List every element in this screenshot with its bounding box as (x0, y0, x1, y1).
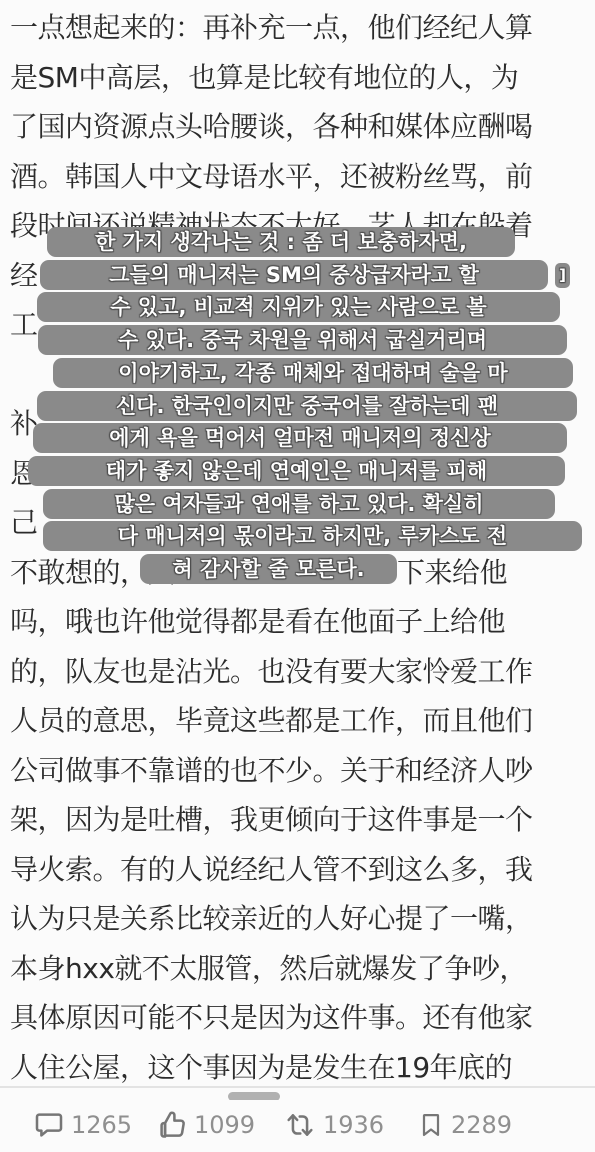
post-text-fragment: 下来给他 (397, 558, 507, 588)
post-text-line: 酒。韩国人中文母语水平，还被粉丝骂，前 (10, 162, 595, 194)
post-text-line: 具体原因可能不只是因为这件事。还有他家 (10, 1003, 595, 1035)
bookmark-icon (417, 1109, 445, 1141)
bookmark-count: 2289 (451, 1111, 512, 1139)
repost-count: 1936 (323, 1111, 384, 1139)
translated-post-screenshot: 一点想起来的：再补充一点，他们经纪人算 是SM中高层，也算是比较有地位的人，为 … (0, 0, 595, 1152)
translation-overlay-line: 이야기하고, 각종 매체와 접대하며 술을 마 (53, 358, 573, 388)
translation-overlay-line: 많은 여자들과 연애를 하고 있다. 확실히 (43, 489, 555, 519)
comment-icon (33, 1109, 65, 1141)
translation-overlay-line: 한 가지 생각나는 것 : 좀 더 보충하자면, (47, 227, 515, 257)
post-text-line: 一点想起来的：再补充一点，他们经纪人算 (10, 13, 595, 45)
translation-overlay-fragment: ] (555, 263, 570, 288)
post-text-line: 是SM中高层，也算是比较有地位的人，为 (10, 63, 595, 95)
post-text-line: 人住公屋，这个事因为是发生在19年底的 (10, 1053, 595, 1085)
translation-overlay-line: 다 매니저의 몫이라고 하지만, 루카스도 전 (43, 521, 582, 551)
post-text-line: 本身hxx就不太服管，然后就爆发了争吵， (10, 954, 595, 986)
like-count: 1099 (194, 1111, 255, 1139)
action-bar: 1265 1099 1936 (0, 1100, 595, 1152)
post-text-line: 认为只是关系比较亲近的人好心提了一嘴， (10, 904, 595, 936)
post-text-line: 的，队友也是沾光。也没有要大家怜爱工作 (10, 657, 595, 689)
translation-overlay-line: 그들의 매니저는 SM의 중상급자라고 할 (40, 260, 548, 290)
translation-overlay-line: 수 있고, 비교적 지위가 있는 사람으로 볼 (37, 292, 560, 322)
post-text-line: 吗，哦也许他觉得都是看在他面子上给他 (10, 607, 595, 639)
bookmark-button[interactable]: 2289 (417, 1102, 512, 1148)
repost-icon (283, 1109, 317, 1141)
comment-button[interactable]: 1265 (33, 1102, 132, 1148)
comment-count: 1265 (71, 1111, 132, 1139)
thumbs-up-icon (156, 1109, 188, 1141)
translation-overlay-line: 에게 욕을 먹어서 얼마전 매니저의 정신상 (33, 423, 567, 453)
repost-button[interactable]: 1936 (283, 1102, 384, 1148)
post-text-line: 架，因为是吐槽，我更倾向于这件事是一个 (10, 805, 595, 837)
divider (0, 1086, 595, 1088)
translation-overlay-line: 수 있다. 중국 차원을 위해서 굽실거리며 (38, 325, 567, 355)
post-text-line: 导火索。有的人说经纪人管不到这么多，我 (10, 855, 595, 887)
post-text-line: 公司做事不靠谱的也不少。关于和经济人吵 (10, 756, 595, 788)
translation-overlay-line: 태가 좋지 않은데 연예인은 매니저를 피해 (28, 456, 565, 486)
post-text-line: 了国内资源点头哈腰谈，各种和媒体应酬喝 (10, 112, 595, 144)
post-text-line: 人员的意思，毕竟这些都是工作，而且他们 (10, 706, 595, 738)
translation-overlay-line: 신다. 한국인이지만 중국어를 잘하는데 팬 (37, 391, 577, 421)
translation-overlay-line: 혀 감사할 줄 모른다. (140, 554, 397, 584)
like-button[interactable]: 1099 (156, 1102, 255, 1148)
